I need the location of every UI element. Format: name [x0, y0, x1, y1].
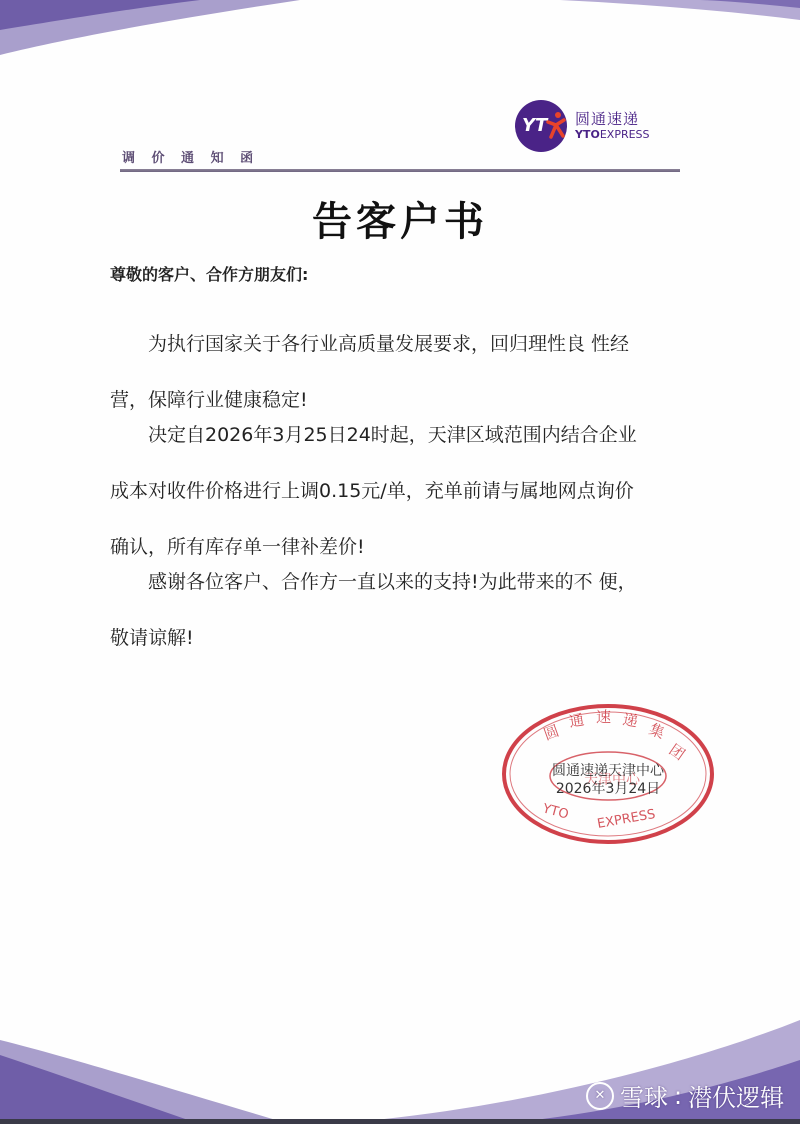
- salutation: 尊敬的客户、合作方朋友们:: [110, 262, 308, 285]
- svg-text:YTO: YTO: [540, 801, 570, 823]
- svg-text:速: 速: [596, 708, 611, 726]
- xueqiu-logo-icon: ✕: [586, 1082, 614, 1110]
- logo-mark-text: YT: [522, 115, 547, 136]
- logo-name-cn: 圆通速递: [575, 108, 639, 129]
- seal-date: 2026年3月24日: [498, 780, 718, 798]
- logo-circle: YT: [515, 100, 567, 152]
- letter-type-label: 调 价 通 知 函: [122, 147, 259, 166]
- paragraph-line: 敬请谅解!: [110, 610, 710, 666]
- paragraph-line: 为执行国家关于各行业高质量发展要求，回归理性良 性经: [110, 316, 710, 372]
- svg-text:团: 团: [666, 741, 689, 764]
- header-divider: [120, 169, 680, 172]
- company-seal: 圆 通 速 递 集 团 天津中心 YTO EXPRESS 圆通速递天津中心 20…: [498, 700, 718, 848]
- svg-text:EXPRESS: EXPRESS: [596, 807, 656, 832]
- watermark-separator: :: [674, 1082, 682, 1110]
- paragraph-line: 成本对收件价格进行上调0.15元/单，充单前请与属地网点询价: [110, 463, 710, 519]
- paragraph-3: 感谢各位客户、合作方一直以来的支持!为此带来的不 便， 敬请谅解!: [110, 554, 710, 666]
- svg-text:递: 递: [621, 710, 639, 730]
- watermark-author: 潜伏逻辑: [688, 1078, 784, 1113]
- paragraph-line: 感谢各位客户、合作方一直以来的支持!为此带来的不 便，: [110, 554, 710, 610]
- logo-name-en: YTOEXPRESS: [575, 128, 650, 141]
- xueqiu-watermark: ✕ 雪球 : 潜伏逻辑: [586, 1078, 784, 1113]
- svg-text:圆: 圆: [541, 722, 561, 744]
- yto-express-logo: YT 圆通速递 YTOEXPRESS: [515, 100, 665, 158]
- watermark-site: 雪球: [620, 1078, 668, 1113]
- seal-signature: 圆通速递天津中心: [498, 762, 718, 780]
- document-title: 告客户书: [0, 190, 800, 247]
- runner-icon: [545, 110, 567, 140]
- paragraph-2: 决定自2026年3月25日24时起，天津区域范围内结合企业 成本对收件价格进行上…: [110, 407, 710, 575]
- svg-text:集: 集: [647, 720, 668, 742]
- paragraph-line: 决定自2026年3月25日24时起，天津区域范围内结合企业: [110, 407, 710, 463]
- svg-text:通: 通: [568, 711, 586, 731]
